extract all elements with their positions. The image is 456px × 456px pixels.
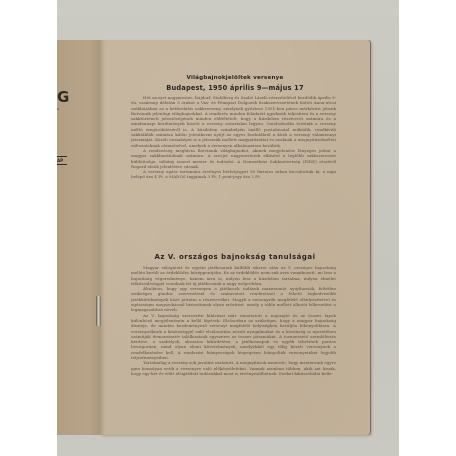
staple [96,296,101,326]
paragraph: A verseny egész tartamára érvényes bérle… [131,169,336,180]
paragraph: Tartalmilag a verseny sok javulást mutat… [131,360,336,376]
paragraph: Általános, hogy egy versenyen a játékoso… [131,286,336,312]
section2-body: Magyar válogatott és egyéni játékosaink … [131,265,336,376]
section1-subtitle: Budapest, 1950 április 9—május 17 [100,84,370,92]
paragraph: Az V. bajnokság szervezési kihívásai már… [131,313,336,361]
section1-body: Hét szovjet nagymester, Najdorf, Stahlbe… [131,95,336,180]
cover-rule-top [57,156,67,157]
cover-title-fragment: G [57,88,69,106]
section2-title: Az V. országos bajnokság tanulságai [100,253,370,261]
cover-page: G A AP [57,40,102,435]
paragraph: Hét szovjet nagymester, Najdorf, Stahlbe… [131,95,336,148]
cover-rule-bottom [57,164,67,165]
cover-tag: AP [57,158,63,163]
booklet-page: Világbajnokjelöltek versenye Budapest, 1… [100,40,370,435]
gutter-shadow [100,40,105,435]
paragraph: Magyar válogatott és egyéni játékosaink … [131,265,336,286]
section1-title: Világbajnokjelöltek versenye [100,75,370,81]
cover-small-text: A [57,107,59,111]
paragraph: A rendezőség meghívta Botvinnik világbaj… [131,148,336,169]
